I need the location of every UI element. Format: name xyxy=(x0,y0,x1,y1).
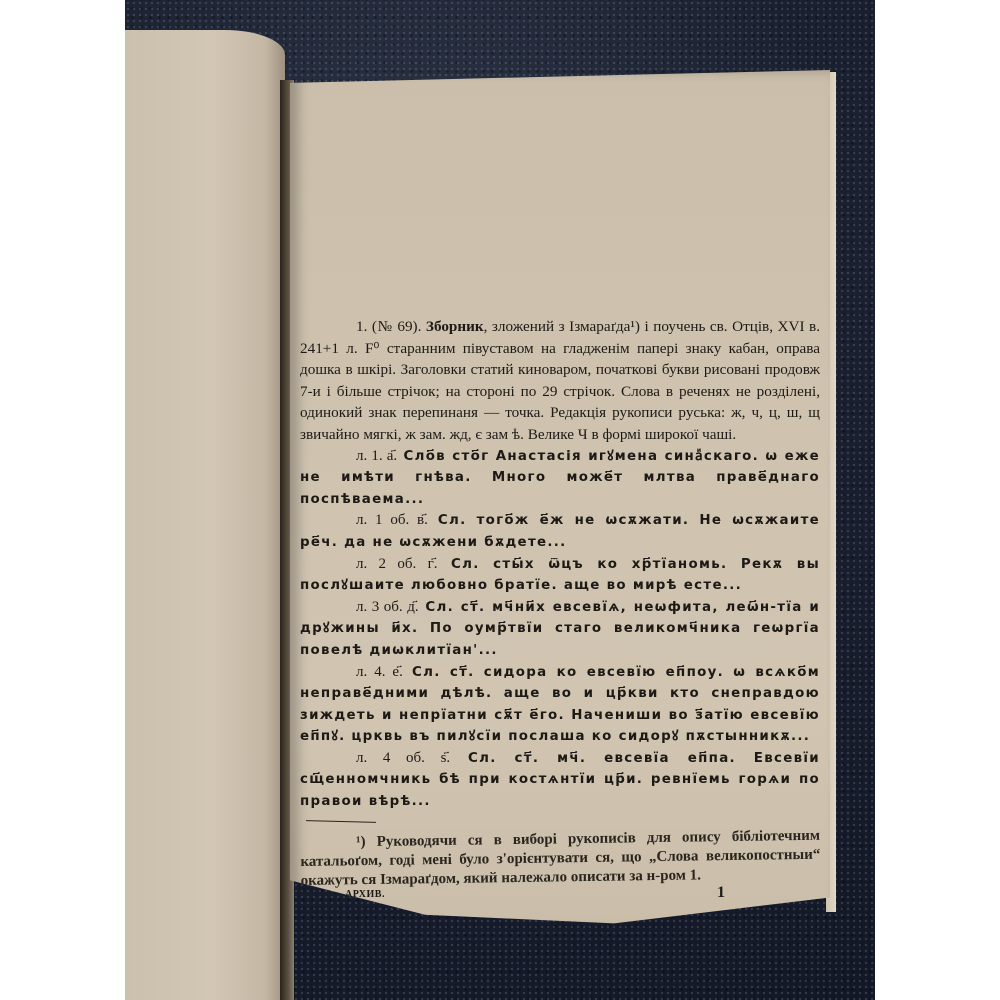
folio-ref: л. 3 об. д҃. xyxy=(356,599,419,615)
entry-title: Зборник xyxy=(426,318,484,335)
footnote: ¹) Руководячи ся в виборі рукописів для … xyxy=(300,826,821,890)
folio-entry: л. 4. е҃. Сл. ст҃. сидора ко евсевїю еп҃… xyxy=(300,662,820,748)
page-footer: АРХИВ. 1 xyxy=(345,884,725,902)
folio-ref: л. 1 об. в҃. xyxy=(356,512,428,528)
catalog-entry: 1. (№ 69). Зборник, зложений з Ізмараґда… xyxy=(300,316,820,446)
folio-entry: л. 1 об. в҃. Сл. того҃ж е҃ж не ѡсѫжати. … xyxy=(300,510,820,553)
folio-ref: л. 4 об. ѕ҃. xyxy=(356,750,450,766)
folio-entry: л. 3 об. д҃. Сл. ст҃. мч҃ни҃х евсевїѧ, н… xyxy=(300,597,820,662)
folio-entry: л. 4 об. ѕ҃. Сл. ст҃. мч҃. евсевїа еп҃па… xyxy=(300,748,820,813)
left-page xyxy=(125,30,285,1000)
folio-entry: л. 2 об. г҃. Сл. сты҃х ѿцъ ко хр҃тїаномь… xyxy=(300,554,820,597)
folio-ref: л. 1. а҃. xyxy=(356,448,397,464)
page-text: 1. (№ 69). Зборник, зложений з Ізмараґда… xyxy=(300,316,820,891)
entry-prefix: 1. (№ 69). xyxy=(356,318,426,335)
printer-signature: АРХИВ. xyxy=(345,889,385,900)
folio-entry: л. 1. а҃. Сло҃в сто҃г Анастасія игꙋмена … xyxy=(300,446,820,511)
folio-ref: л. 4. е҃. xyxy=(356,664,403,680)
footnote-divider xyxy=(306,820,376,823)
folio-ref: л. 2 об. г҃. xyxy=(356,556,437,572)
page-number: 1 xyxy=(717,884,725,902)
entry-description: , зложений з Ізмараґда¹) і поучень св. О… xyxy=(300,318,820,443)
